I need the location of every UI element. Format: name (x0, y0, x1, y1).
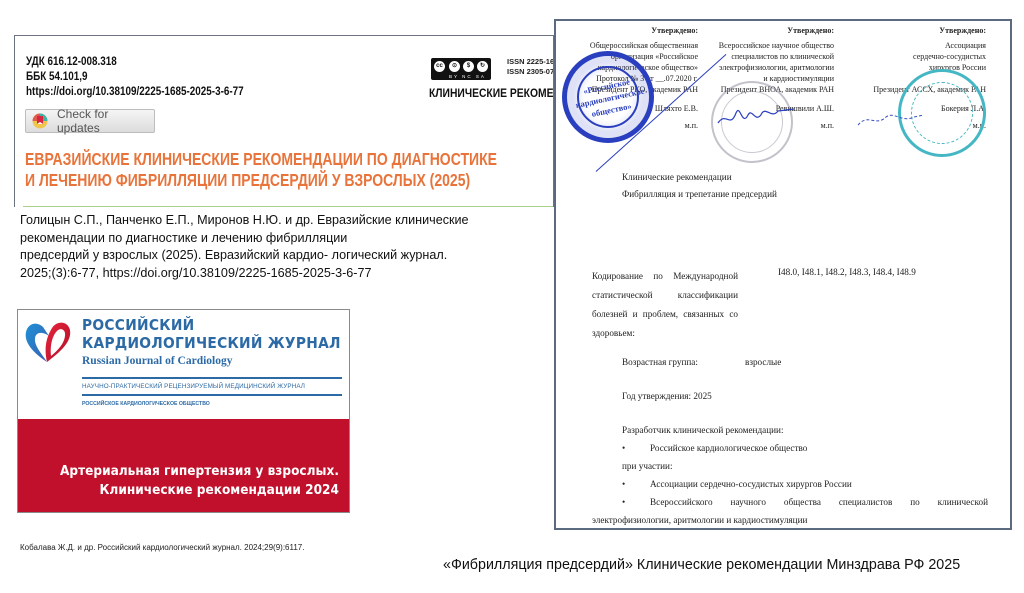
by-icon: ⊙ (448, 60, 461, 73)
participant-item: • Ассоциации сердечно-сосудистых хирурго… (622, 478, 852, 491)
signature-icon (856, 109, 926, 129)
journal-name-english: Russian Journal of Cardiology (82, 355, 232, 367)
citation-line: предсердий у взрослых (2025). Евразийски… (20, 247, 490, 265)
journal-subtitle: НАУЧНО-ПРАКТИЧЕСКИЙ РЕЦЕНЗИРУЕМЫЙ МЕДИЦИ… (82, 383, 305, 390)
approval-line: и кардиостимуляции (704, 73, 834, 84)
check-for-updates-label: Check for updates (57, 107, 154, 135)
bullet-icon: • (622, 478, 650, 491)
license-labels: BY NC SA (449, 74, 486, 79)
icd-codes: I48.0, I48.1, I48.2, I48.3, I48.4, I48.9 (778, 267, 916, 277)
bullet-icon: • (622, 442, 650, 455)
journal-cover: РОССИЙСКИЙ КАРДИОЛОГИЧЕСКИЙ ЖУРНАЛ Russi… (17, 309, 350, 513)
check-for-updates-button[interactable]: Check for updates (25, 109, 155, 133)
cover-title-line: Артериальная гипертензия у взрослых. (60, 462, 339, 481)
doc-title: Фибрилляция и трепетание предсердий (622, 188, 777, 201)
bbk-code: ББК 54.101,9 (26, 70, 244, 85)
divider (23, 206, 553, 207)
journal-publisher: РОССИЙСКОЕ КАРДИОЛОГИЧЕСКОЕ ОБЩЕСТВО (82, 401, 210, 407)
age-group-label: Возрастная группа: (622, 356, 698, 369)
approval-line: хирургов России (846, 62, 986, 73)
udk-code: УДК 616.12-008.318 (26, 55, 244, 70)
icd-label: Кодирование по Международной статистичес… (592, 267, 738, 343)
age-group-value: взрослые (745, 356, 781, 369)
approval-year: Год утверждения: 2025 (622, 390, 712, 403)
developer-label: Разработчик клинической рекомендации: (622, 424, 784, 437)
approval-line: Всероссийское научное общество (704, 40, 834, 51)
cover-title: Артериальная гипертензия у взрослых. Кли… (60, 462, 339, 500)
approval-header: Утверждено: (704, 25, 834, 36)
participant-item: • Всероссийского научного общества специ… (622, 496, 988, 509)
developer-name: Российское кардиологическое общество (650, 442, 807, 455)
issn-online: ISSN 2305-07 (507, 67, 554, 77)
cover-band: Артериальная гипертензия у взрослых. Кли… (18, 419, 349, 512)
approval-line: Ассоциация (846, 40, 986, 51)
nc-icon: $ (462, 60, 475, 73)
issn-print: ISSN 2225-16 (507, 57, 554, 67)
citation-line: Голицын С.П., Панченко Е.П., Миронов Н.Ю… (20, 212, 490, 230)
cc-icon: cc (433, 60, 446, 73)
doi-link[interactable]: https://doi.org/10.38109/2225-1685-2025-… (26, 85, 244, 100)
signature-icon (716, 101, 796, 131)
cc-by-nc-sa-icon: cc ⊙ $ ↻ BY NC SA (431, 58, 491, 80)
participation-label: при участии: (622, 460, 673, 473)
section-label: КЛИНИЧЕСКИЕ РЕКОМЕ (429, 86, 553, 100)
cover-header: РОССИЙСКИЙ КАРДИОЛОГИЧЕСКИЙ ЖУРНАЛ Russi… (18, 310, 349, 419)
journal-name-line: КАРДИОЛОГИЧЕСКИЙ ЖУРНАЛ (82, 334, 341, 352)
developer-item: • Российское кардиологическое общество (622, 442, 807, 455)
participant-name: Ассоциации сердечно-сосудистых хирургов … (650, 478, 852, 491)
article-title: ЕВРАЗИЙСКИЕ КЛИНИЧЕСКИЕ РЕКОМЕНДАЦИИ ПО … (25, 149, 497, 191)
citation-line: 2025;(3):6-77, https://doi.org/10.38109/… (20, 265, 490, 283)
journal-name: РОССИЙСКИЙ КАРДИОЛОГИЧЕСКИЙ ЖУРНАЛ (82, 316, 341, 352)
approval-header: Утверждено: (846, 25, 986, 36)
approval-line: Общероссийская общественная (574, 40, 698, 51)
approval-line: электрофизиологии, аритмологии (704, 62, 834, 73)
cover-caption: Кобалава Ж.Д. и др. Российский кардиолог… (20, 543, 304, 552)
approval-line: сердечно-сосудистых (846, 51, 986, 62)
article-meta: УДК 616.12-008.318 ББК 54.101,9 https://… (26, 55, 244, 100)
journal-name-line: РОССИЙСКИЙ (82, 316, 341, 334)
article-header: УДК 616.12-008.318 ББК 54.101,9 https://… (14, 35, 554, 207)
participant-name: Всероссийского научного общества специал… (650, 496, 988, 509)
sa-icon: ↻ (476, 60, 489, 73)
heart-logo-icon (22, 318, 74, 366)
issn-block: ISSN 2225-16 ISSN 2305-07 (507, 57, 554, 77)
doc-type: Клинические рекомендации (622, 171, 732, 184)
scanned-document: Утверждено: Общероссийская общественная … (554, 19, 1012, 530)
document-caption: «Фибрилляция предсердий» Клинические рек… (443, 557, 960, 573)
article-title-line: ЕВРАЗИЙСКИЕ КЛИНИЧЕСКИЕ РЕКОМЕНДАЦИИ ПО … (25, 149, 497, 170)
approval-header: Утверждено: (574, 25, 698, 36)
cover-title-line: Клинические рекомендации 2024 (60, 481, 339, 500)
divider (82, 377, 342, 379)
citation-line: рекомендации по диагностике и лечению фи… (20, 230, 490, 248)
crossmark-icon (32, 113, 48, 129)
bullet-icon: • (622, 496, 650, 509)
citation-text: Голицын С.П., Панченко Е.П., Миронов Н.Ю… (20, 212, 490, 282)
participant-name-continued: электрофизиологии, аритмологии и кардиос… (592, 514, 807, 527)
divider (82, 394, 342, 396)
article-title-line: И ЛЕЧЕНИЮ ФИБРИЛЛЯЦИИ ПРЕДСЕРДИЙ У ВЗРОС… (25, 170, 497, 191)
